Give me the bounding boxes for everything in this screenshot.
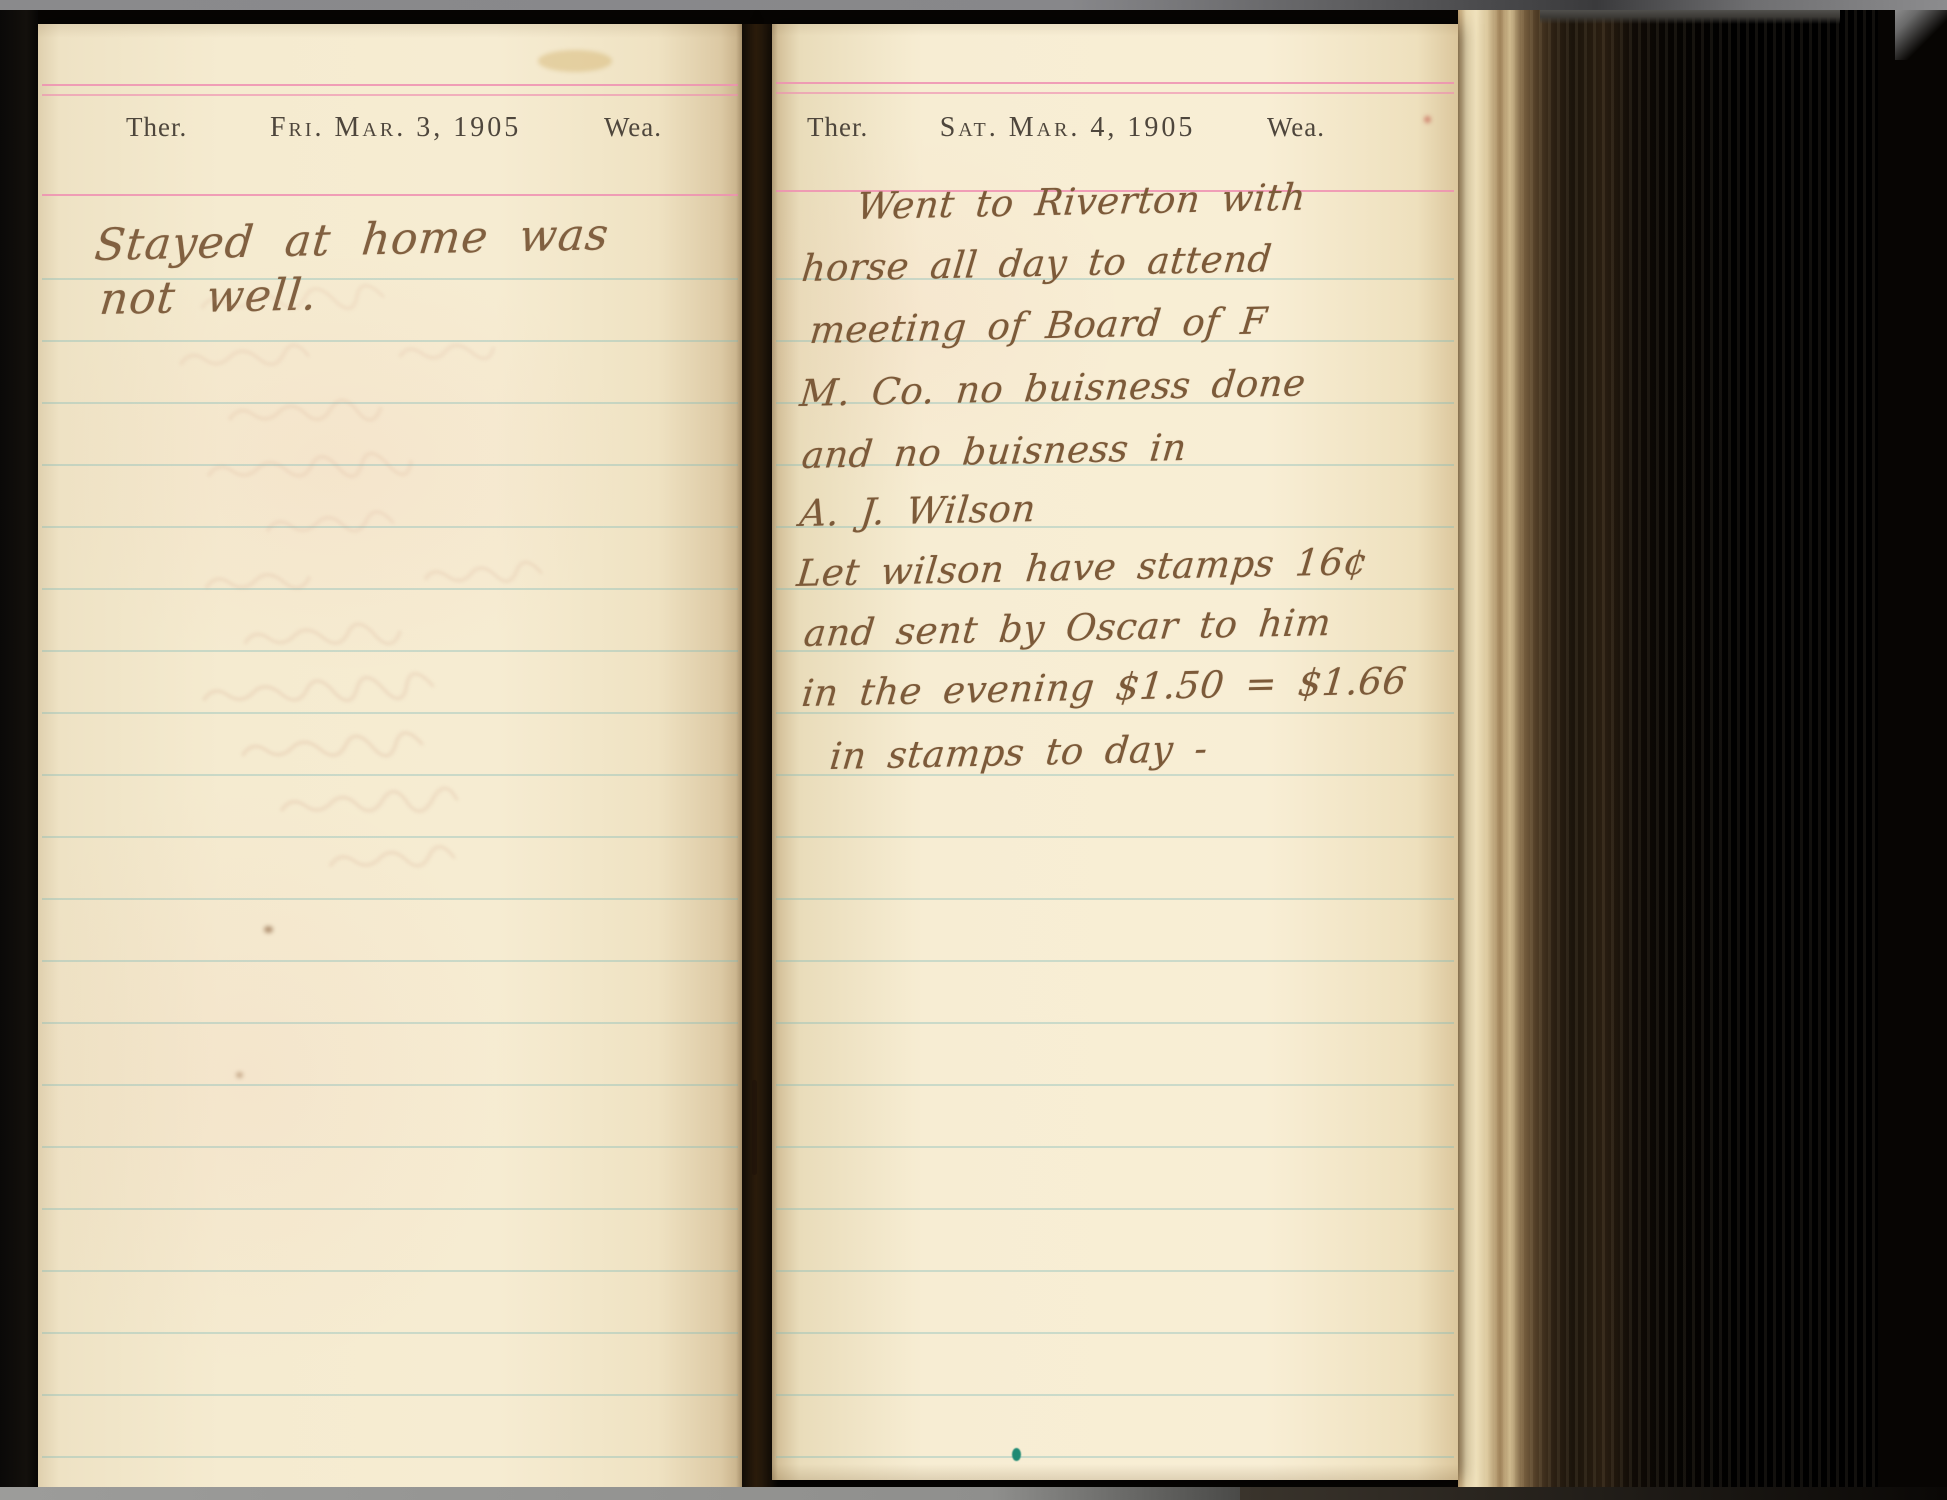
green-speck (1012, 1448, 1021, 1461)
ther-label: Ther. (126, 112, 187, 143)
date-heading: Sat. Mar. 4, 1905 (868, 112, 1267, 144)
pink-rule (42, 94, 738, 96)
printed-page-header-left: Ther. Fri. Mar. 3, 1905 Wea. (38, 112, 742, 144)
handwritten-line: in stamps to day - (828, 727, 1210, 778)
pink-rule (42, 84, 738, 86)
date-heading: Fri. Mar. 3, 1905 (187, 112, 604, 144)
handwritten-line: Stayed at home was (92, 209, 611, 271)
scanner-bottom-edge-dark (1240, 1487, 1947, 1500)
scanned-diary-spread: Ther. Fri. Mar. 3, 1905 Wea. Stayed at h… (0, 0, 1947, 1500)
pink-rule (42, 194, 738, 196)
diary-page-right: Ther. Sat. Mar. 4, 1905 Wea. Went to Riv… (772, 24, 1458, 1480)
printed-page-header-right: Ther. Sat. Mar. 4, 1905 Wea. (772, 112, 1458, 144)
scanner-bottom-edge (0, 1487, 1240, 1500)
bleed-through-writing (37, 269, 758, 918)
handwritten-line: and no buisness in (800, 426, 1189, 477)
pink-rule (776, 82, 1454, 84)
handwritten-line: Went to Riverton with (855, 176, 1308, 229)
scanner-top-edge (0, 0, 1947, 10)
wea-label: Wea. (1267, 112, 1325, 143)
pink-rule (776, 92, 1454, 94)
diary-page-left: Ther. Fri. Mar. 3, 1905 Wea. Stayed at h… (38, 24, 742, 1487)
ink-speck (236, 1072, 243, 1078)
ink-speck (1424, 116, 1431, 123)
handwritten-line: A. J. Wilson (798, 487, 1038, 535)
ink-speck (264, 926, 273, 933)
binding-gutter-shadow (736, 24, 778, 1487)
paper-stain (538, 50, 612, 72)
wea-label: Wea. (604, 112, 662, 143)
gutter-ink-mark (752, 1080, 757, 1175)
book-fore-edge-pages (1458, 10, 1878, 1490)
ther-label: Ther. (807, 112, 868, 143)
scan-left-margin (0, 10, 38, 1500)
